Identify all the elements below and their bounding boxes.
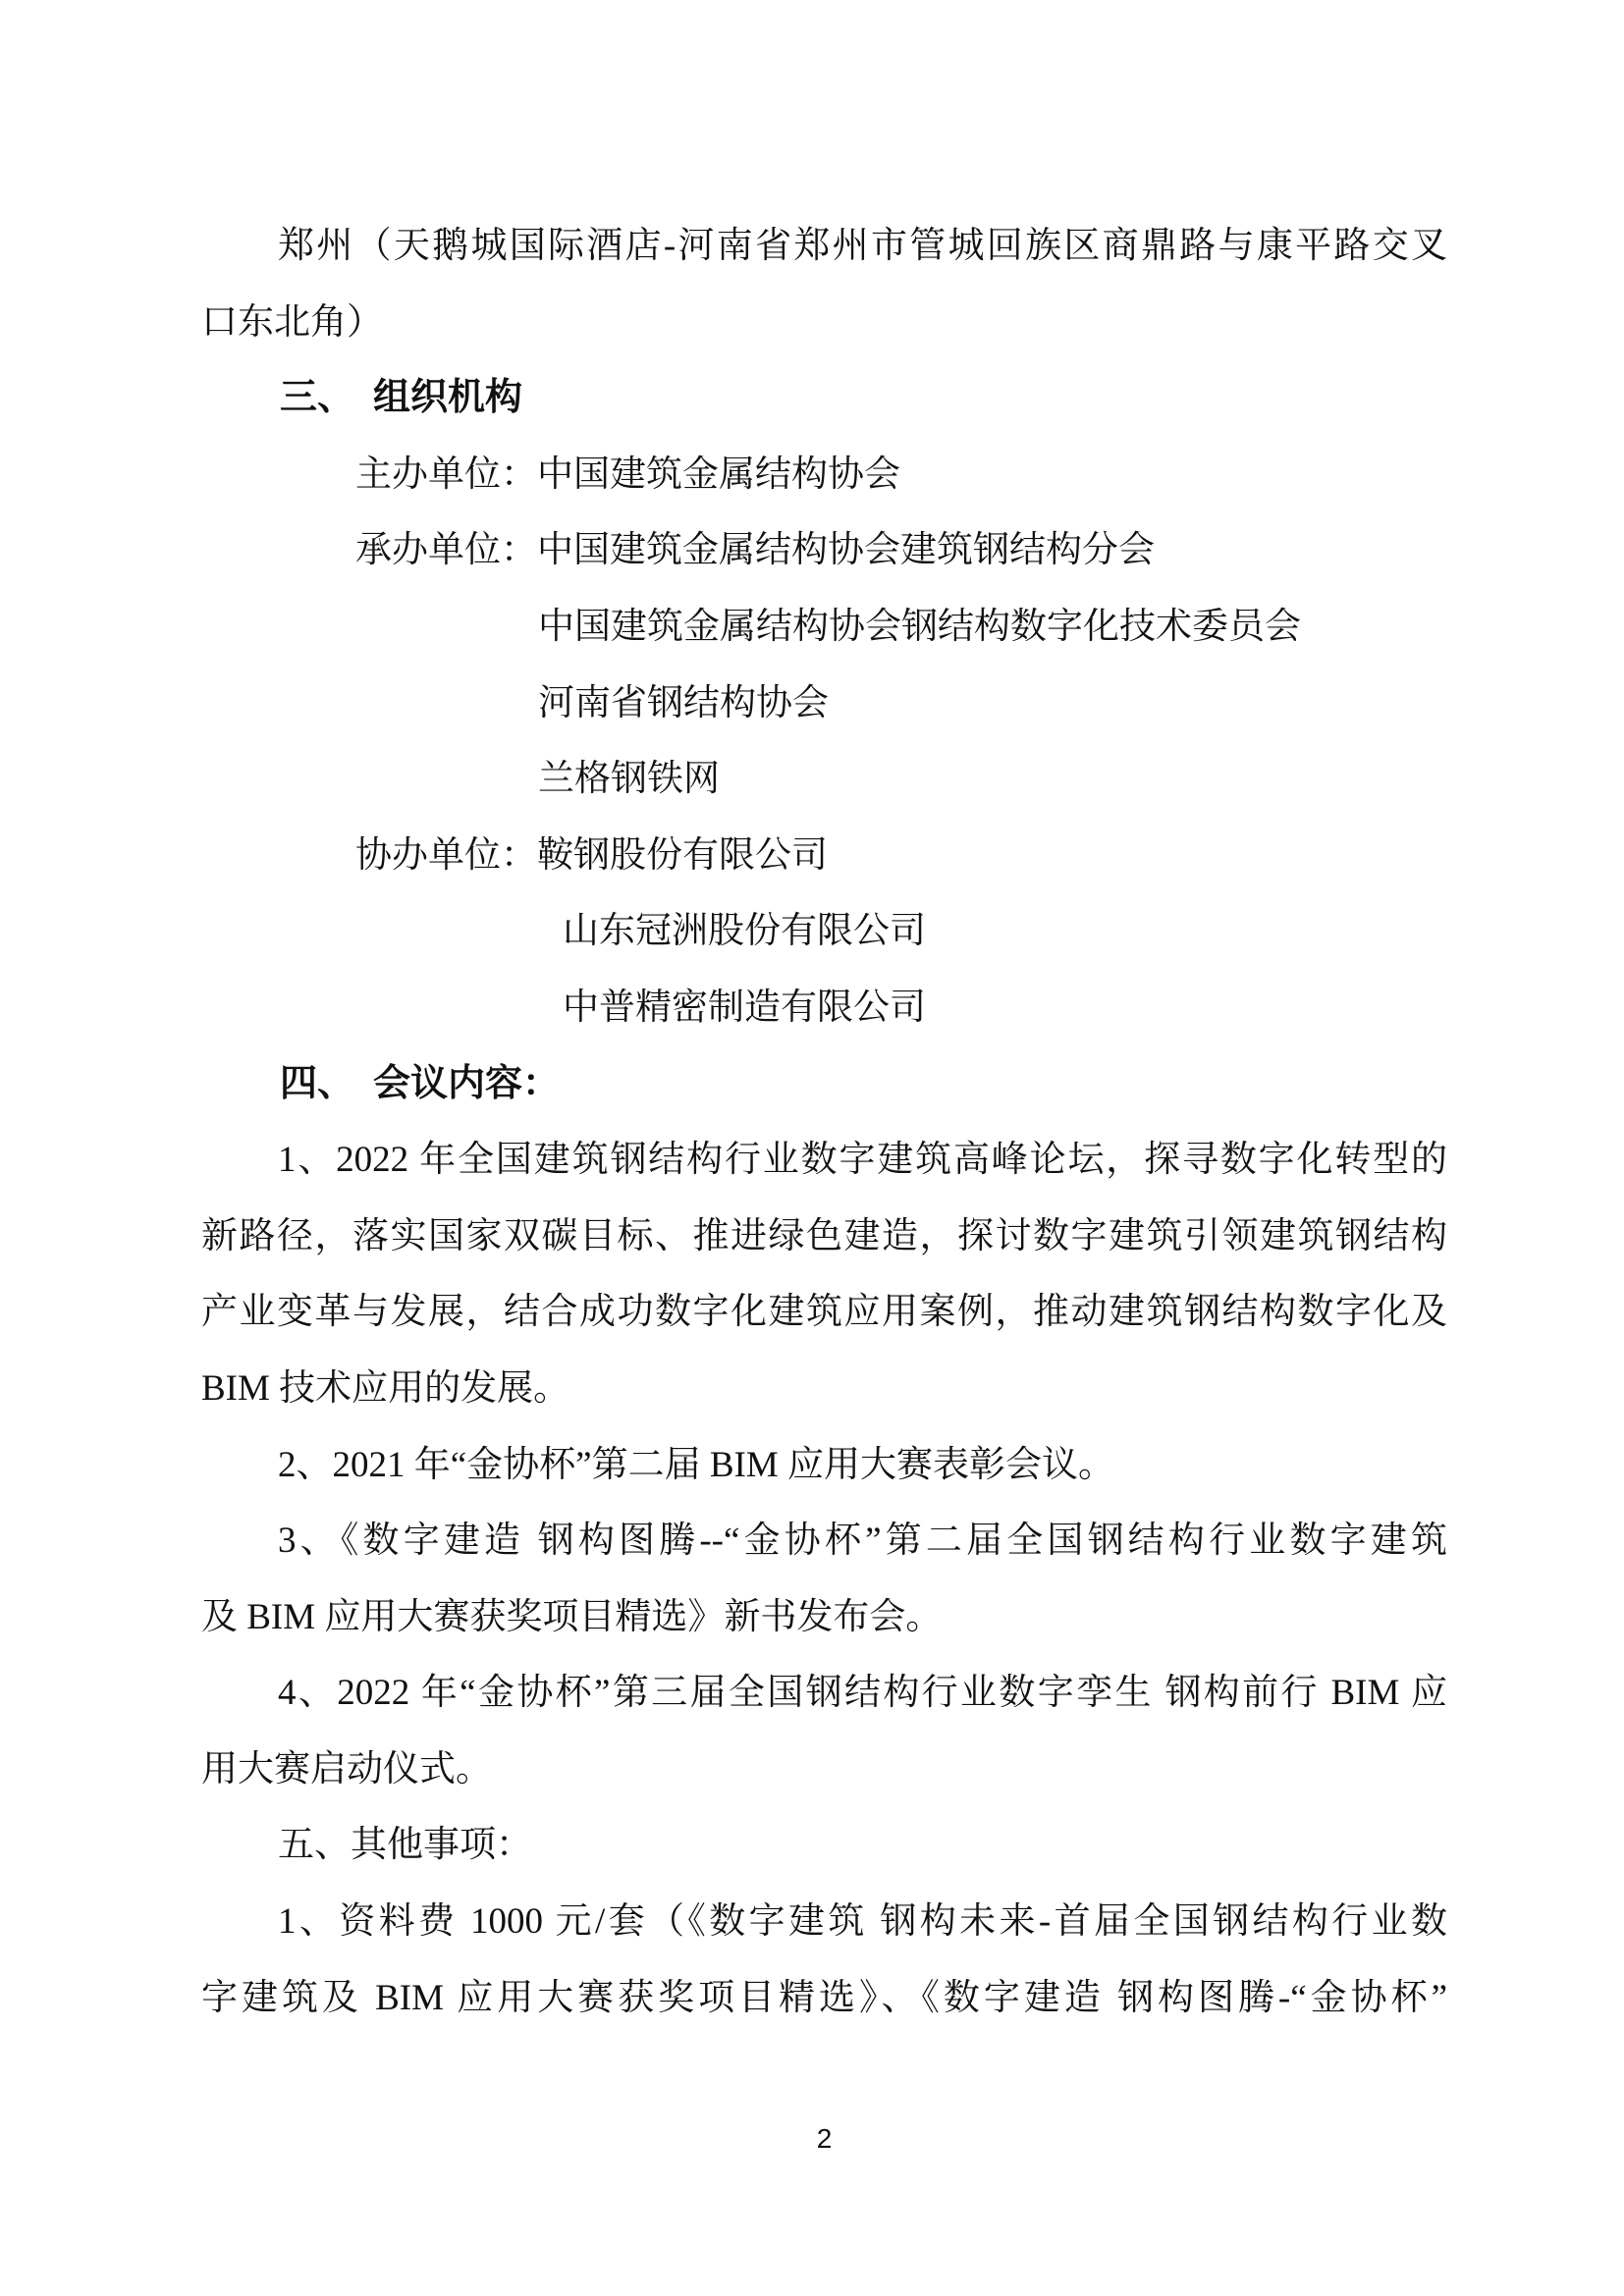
document-page: 郑州（天鹅城国际酒店-河南省郑州市管城回族区商鼎路与康平路交叉 口东北角） 三、… — [0, 0, 1624, 2296]
venue-line-1: 郑州（天鹅城国际酒店-河南省郑州市管城回族区商鼎路与康平路交叉 — [201, 208, 1447, 285]
host-unit-line: 主办单位：中国建筑金属结构协会 — [201, 437, 1447, 513]
document-body: 郑州（天鹅城国际酒店-河南省郑州市管城回族区商鼎路与康平路交叉 口东北角） 三、… — [201, 208, 1447, 2036]
content-item-1-line-3: 产业变革与发展，结合成功数字化建筑应用案例，推动建筑钢结构数字化及 — [201, 1274, 1447, 1351]
content-item-4-line-1: 4、2022 年“金协杯”第三届全国钢结构行业数字孪生 钢构前行 BIM 应 — [201, 1655, 1447, 1732]
organizer-unit-line-4: 兰格钢铁网 — [201, 741, 1447, 818]
content-item-4-line-2: 用大赛启动仪式。 — [201, 1732, 1447, 1808]
content-item-1-line-4: BIM 技术应用的发展。 — [201, 1351, 1447, 1427]
organizer-unit-line-3: 河南省钢结构协会 — [201, 666, 1447, 742]
content-item-1-line-2: 新路径，落实国家双碳目标、推进绿色建造，探讨数字建筑引领建筑钢结构 — [201, 1199, 1447, 1275]
content-item-2-line-1: 2、2021 年“金协杯”第二届 BIM 应用大赛表彰会议。 — [201, 1427, 1447, 1504]
co-organizer-unit-line-2: 山东冠洲股份有限公司 — [201, 893, 1447, 970]
co-organizer-unit-line-1: 协办单位：鞍钢股份有限公司 — [201, 818, 1447, 894]
content-item-3-line-2: 及 BIM 应用大赛获奖项目精选》新书发布会。 — [201, 1579, 1447, 1656]
section-5-heading: 五、其他事项： — [201, 1807, 1447, 1884]
other-item-1-line-1: 1、资料费 1000 元/套（《数字建筑 钢构未来-首届全国钢结构行业数 — [201, 1884, 1447, 1960]
other-item-1-line-2: 字建筑及 BIM 应用大赛获奖项目精选》、《数字建造 钢构图腾-“金协杯” — [201, 1960, 1447, 2037]
organizer-unit-line-2: 中国建筑金属结构协会钢结构数字化技术委员会 — [201, 589, 1447, 666]
content-item-3-line-1: 3、《数字建造 钢构图腾--“金协杯”第二届全国钢结构行业数字建筑 — [201, 1503, 1447, 1579]
section-3-heading: 三、 组织机构 — [201, 360, 1447, 437]
section-4-heading: 四、 会议内容： — [201, 1046, 1447, 1123]
page-number: 2 — [201, 2122, 1447, 2156]
content-item-1-line-1: 1、2022 年全国建筑钢结构行业数字建筑高峰论坛，探寻数字化转型的 — [201, 1122, 1447, 1199]
organizer-unit-line-1: 承办单位：中国建筑金属结构协会建筑钢结构分会 — [201, 512, 1447, 589]
co-organizer-unit-line-3: 中普精密制造有限公司 — [201, 970, 1447, 1046]
venue-line-2: 口东北角） — [201, 285, 1447, 361]
